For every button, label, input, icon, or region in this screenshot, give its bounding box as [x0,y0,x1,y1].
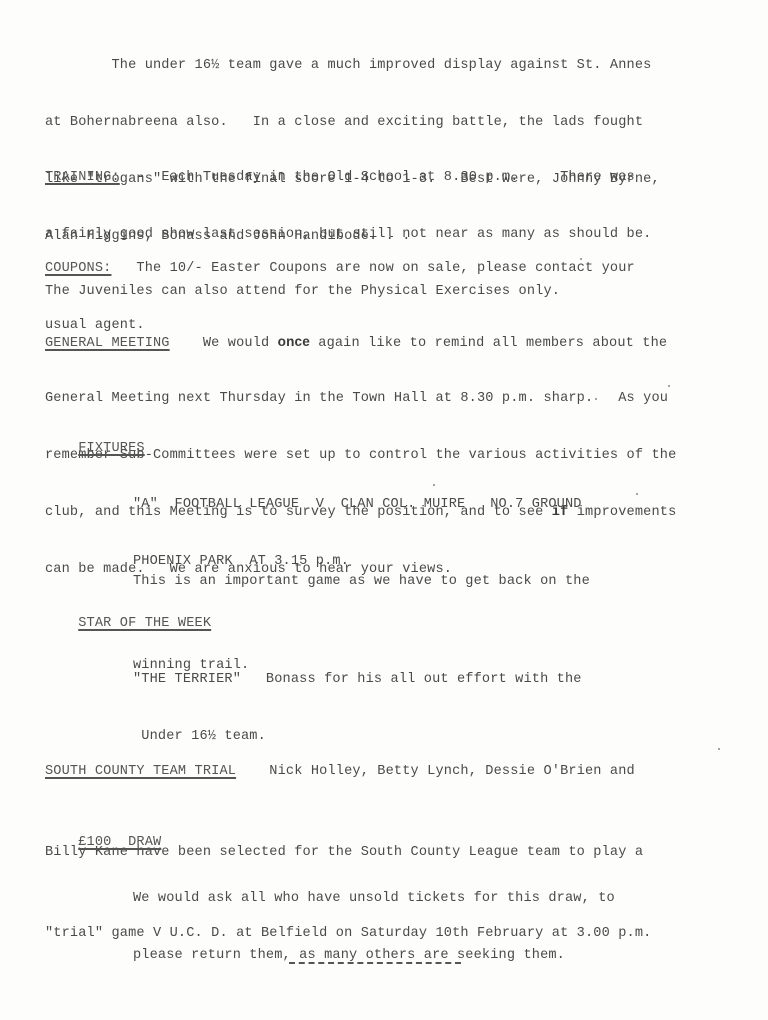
star-line: "THE TERRIER" Bonass for his all out eff… [133,670,733,689]
training-line: TRAINING: - Each Tuesday in the Old Scho… [45,168,745,187]
general-meeting-line: GENERAL MEETING We would once again like… [45,332,745,351]
scan-speck [580,258,582,260]
typewritten-newsletter-page: The under 16½ team gave a much improved … [0,0,768,1020]
general-meeting-text: We would [170,336,278,351]
emphasis-once: once [278,334,310,349]
star-of-the-week-heading: STAR OF THE WEEK [78,614,211,633]
trial-text: Nick Holley, Betty Lynch, Dessie O'Brien… [236,764,635,779]
draw-heading: £100 DRAW [78,833,161,852]
scan-speck [128,452,130,454]
coupons-heading: COUPONS: [45,261,111,276]
general-meeting-line: General Meeting next Thursday in the Tow… [45,389,745,408]
trial-line: SOUTH COUNTY TEAM TRIAL Nick Holley, Bet… [45,758,745,785]
south-county-trial-heading: SOUTH COUNTY TEAM TRIAL [45,764,236,779]
fixtures-heading: FIXTURES [78,439,144,458]
training-text: - Each Tuesday in the Old School at 8.30… [120,170,635,185]
intro-line: The under 16½ team gave a much improved … [45,56,745,75]
training-heading: TRAINING: [45,170,120,185]
coupons-text: The 10/- Easter Coupons are now on sale,… [111,261,634,276]
scan-speck [595,398,597,400]
scan-speck [433,484,435,486]
scan-speck [718,748,720,750]
fixture-note-line: This is an important game as we have to … [133,568,733,596]
coupons-line: COUPONS: The 10/- Easter Coupons are now… [45,259,745,278]
general-meeting-text: again like to remind all members about t… [310,336,667,351]
scan-speck [668,385,670,387]
intro-line-text: at Bohernabreena also. In a close and ex… [45,115,643,130]
draw-text: We would ask all who have unsold tickets… [133,851,733,1003]
scan-speck [636,493,638,495]
general-meeting-heading: GENERAL MEETING [45,336,170,351]
footer-dashed-rule [289,962,461,964]
draw-line: We would ask all who have unsold tickets… [133,889,733,908]
